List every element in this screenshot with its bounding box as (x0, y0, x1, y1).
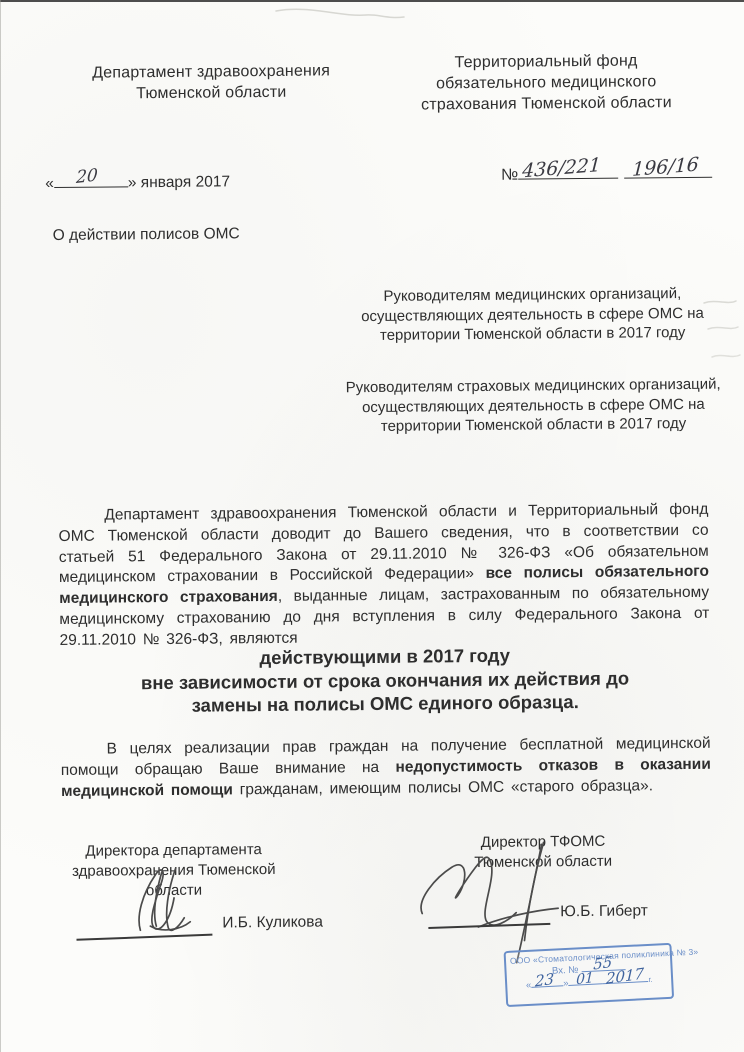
number-label: № (501, 167, 518, 184)
stamp-date-month-blank: 01 (569, 983, 603, 986)
scanned-letter-page: Департамент здравоохранения Тюменской об… (0, 0, 744, 1052)
sender-org-left-line1: Департамент здравоохранения (81, 60, 341, 83)
stamp-date-day-blank: 23 (531, 985, 563, 988)
sender-org-right-line1: Территориальный фонд (408, 50, 684, 74)
addressee-block-2: Руководителям страховых медицинских орга… (339, 375, 728, 437)
date-line: «20» января 2017 (45, 173, 230, 193)
stamp-date-day-handwritten: 23 (535, 970, 555, 991)
date-text: января 2017 (141, 173, 230, 191)
number-value2-handwritten: 196/16 (632, 153, 700, 180)
sender-org-right-line2: обязательного медицинского (408, 71, 684, 95)
subject-line: О действии полисов ОМС (53, 225, 240, 245)
date-blank: 20 (54, 186, 128, 188)
stamp-date-year-blank: 2017 (603, 981, 649, 984)
stamp-date-quote-open: « (526, 980, 532, 991)
body-paragraph-1: Департамент здравоохранения Тюменской об… (58, 500, 709, 652)
number-blank-1: 436/221 (518, 178, 618, 180)
sender-org-right-line3: страхования Тюменской области (408, 92, 684, 116)
number-line: №436/221196/16 (501, 165, 712, 185)
stamp-date-row: «23»012017г. (511, 973, 667, 992)
signature-left (126, 859, 222, 945)
date-day-handwritten: 20 (75, 165, 98, 188)
sender-org-left: Департамент здравоохранения Тюменской об… (81, 60, 341, 104)
number-value1-handwritten: 436/221 (522, 154, 602, 182)
statement-block: действующими в 2017 году вне зависимости… (60, 642, 711, 719)
stamp-date-month-handwritten: 01 (576, 970, 594, 989)
signatory-title-left-line1: Директора департамента (59, 840, 289, 862)
incoming-stamp: ООО «Стоматологическая поликлиника № 3» … (504, 943, 675, 1007)
addressee-block-1: Руководителям медицинских организаций, о… (338, 284, 727, 346)
stamp-inbox-label: Вх. № (552, 964, 579, 976)
body-paragraph-2: В целях реализации прав граждан на получ… (61, 734, 712, 803)
signatory-name-left: И.Б. Куликова (222, 913, 323, 932)
stamp-date-quote-close: » (563, 978, 569, 989)
stamp-date-year-handwritten: 2017 (606, 964, 645, 987)
stamp-date-suffix: г. (648, 975, 652, 984)
signatory-name-right: Ю.Б. Гиберт (560, 902, 648, 921)
number-blank-2: 196/16 (624, 177, 712, 179)
date-quote-close: » (128, 174, 137, 191)
p2-text-normal2: гражданам, имеющим полисы ОМС «старого о… (233, 777, 653, 798)
sender-org-left-line2: Тюменской области (81, 81, 341, 104)
date-quote-open: « (45, 175, 54, 192)
sender-org-right: Территориальный фонд обязательного медиц… (408, 50, 685, 116)
